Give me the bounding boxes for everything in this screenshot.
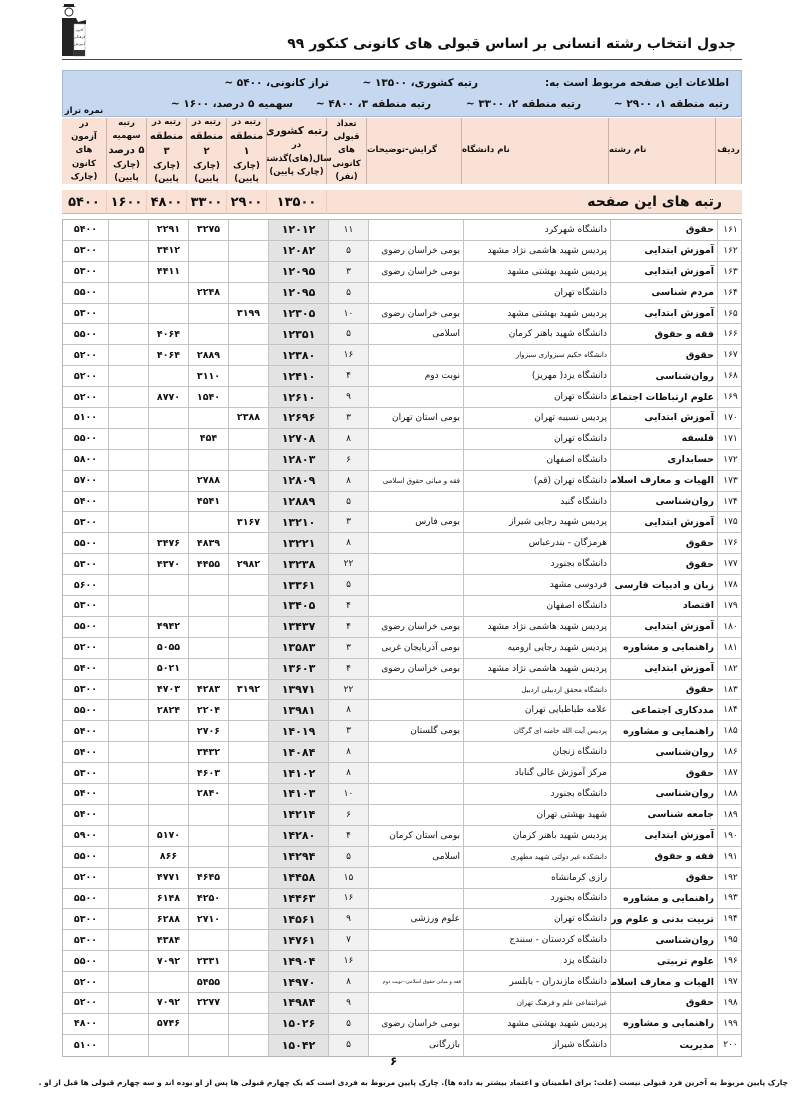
cell-region3-rank: ۶۲۸۸ <box>148 909 188 929</box>
cell-national-rank: ۱۲۳۸۰ <box>268 345 328 365</box>
cell-row-no: ۱۹۸ <box>717 993 743 1013</box>
cell-count: ۴ <box>328 366 368 386</box>
cell-taraz: ۵۵۰۰ <box>63 324 108 344</box>
cell-taraz: ۵۲۰۰ <box>63 638 108 658</box>
cell-quota5-rank <box>108 554 148 574</box>
cell-region3-rank: ۵۷۴۶ <box>148 1014 188 1034</box>
cell-taraz: ۵۳۰۰ <box>63 909 108 929</box>
cell-region1-rank <box>228 742 268 762</box>
cell-row-no: ۱۸۳ <box>717 680 743 700</box>
cell-row-no: ۱۸۴ <box>717 700 743 720</box>
cell-branch <box>368 930 463 950</box>
info-quota5: سهمیه ۵ درصد، ۱۶۰۰ ~ <box>171 98 293 110</box>
table-row: ۱۸۴مددکاری اجتماعیعلامه طباطبایی تهران۸۱… <box>63 700 741 721</box>
cell-branch <box>368 492 463 512</box>
cell-region1-rank <box>228 972 268 992</box>
cell-region2-rank: ۴۲۵۰ <box>188 889 228 909</box>
cell-region1-rank <box>228 533 268 553</box>
cell-row-no: ۱۷۷ <box>717 554 743 574</box>
cell-count: ۸ <box>328 742 368 762</box>
cell-national-rank: ۱۴۲۹۴ <box>268 847 328 867</box>
cell-quota5-rank <box>108 324 148 344</box>
cell-university: دانشگاه بجنورد <box>463 554 610 574</box>
cell-field: آموزش ابتدایی <box>610 262 717 282</box>
cell-count: ۷ <box>328 930 368 950</box>
cell-taraz: ۵۴۰۰ <box>63 721 108 741</box>
results-table: ۱۶۱حقوقدانشگاه شهرکرد۱۱۱۲۰۱۲۳۲۷۵۲۲۹۱۵۴۰۰… <box>62 219 742 1057</box>
cell-region2-rank <box>188 596 228 616</box>
cell-region2-rank <box>188 512 228 532</box>
cell-row-no: ۱۷۲ <box>717 450 743 470</box>
cell-national-rank: ۱۳۹۸۱ <box>268 700 328 720</box>
cell-field: اقتصاد <box>610 596 717 616</box>
cell-count: ۲۲ <box>328 680 368 700</box>
cell-taraz: ۵۳۰۰ <box>63 930 108 950</box>
cell-region1-rank <box>228 617 268 637</box>
col-header-row-no: ردیف <box>716 118 742 184</box>
page-ranks-label: رتبه های این صفحه <box>587 190 722 214</box>
cell-taraz: ۵۵۰۰ <box>63 889 108 909</box>
title-bar: جدول انتخاب رشته انسانی بر اساس قبولی ها… <box>62 30 742 60</box>
table-row: ۱۶۲آموزش ابتداییپردیس شهید هاشمی نژاد مش… <box>63 241 741 262</box>
table-row: ۱۷۲حسابداریدانشگاه اصفهان۶۱۲۸۰۳۵۸۰۰ <box>63 450 741 471</box>
cell-quota5-rank <box>108 617 148 637</box>
cell-branch: بومی آذربایجان غربی <box>368 638 463 658</box>
cell-field: آموزش ابتدایی <box>610 241 717 261</box>
cell-region2-rank: ۳۱۱۰ <box>188 366 228 386</box>
cell-count: ۵ <box>328 283 368 303</box>
cell-branch <box>368 429 463 449</box>
table-row: ۱۹۷الهیات و معارف اسلامیدانشگاه مازندران… <box>63 972 741 993</box>
col-header-count: تعداد قبولیهای کانونی(نفر) <box>327 118 367 184</box>
cell-branch <box>368 533 463 553</box>
cell-taraz: ۵۴۰۰ <box>63 805 108 825</box>
page-rank-r3: ۴۸۰۰ <box>147 190 187 214</box>
cell-region1-rank <box>228 659 268 679</box>
cell-university: شهید بهشتی تهران <box>463 805 610 825</box>
cell-row-no: ۱۷۵ <box>717 512 743 532</box>
cell-quota5-rank <box>108 972 148 992</box>
cell-region2-rank: ۲۲۷۷ <box>188 993 228 1013</box>
cell-count: ۳ <box>328 638 368 658</box>
col-header-field: نام رشته <box>609 118 716 184</box>
cell-count: ۱۶ <box>328 345 368 365</box>
cell-row-no: ۱۸۵ <box>717 721 743 741</box>
cell-branch: بومی خراسان رضوی <box>368 617 463 637</box>
page-title: جدول انتخاب رشته انسانی بر اساس قبولی ها… <box>287 36 736 52</box>
cell-row-no: ۱۶۲ <box>717 241 743 261</box>
cell-region2-rank <box>188 1014 228 1034</box>
cell-count: ۴ <box>328 596 368 616</box>
table-row: ۱۹۳راهنمایی و مشاورهدانشگاه بجنورد۱۶۱۴۴۶… <box>63 889 741 910</box>
col-header-branch: گرایش-توضیحات <box>367 118 462 184</box>
cell-branch <box>368 596 463 616</box>
cell-field: الهیات و معارف اسلامی <box>610 471 717 491</box>
cell-region2-rank <box>188 241 228 261</box>
cell-field: آموزش ابتدایی <box>610 659 717 679</box>
cell-branch <box>368 283 463 303</box>
table-row: ۱۸۰آموزش ابتداییپردیس شهید هاشمی نژاد مش… <box>63 617 741 638</box>
cell-quota5-rank <box>108 721 148 741</box>
table-row: ۱۷۶حقوقهرمزگان - بندرعباس۸۱۳۲۲۱۴۸۳۹۳۴۷۶۵… <box>63 533 741 554</box>
cell-national-rank: ۱۲۰۹۵ <box>268 283 328 303</box>
cell-region1-rank <box>228 429 268 449</box>
table-row: ۱۶۹علوم ارتباطات اجتماعیدانشگاه تهران۹۱۲… <box>63 387 741 408</box>
cell-region1-rank <box>228 241 268 261</box>
cell-row-no: ۱۹۲ <box>717 868 743 888</box>
cell-university: پردیس شهید هاشمی نژاد مشهد <box>463 617 610 637</box>
cell-region1-rank <box>228 847 268 867</box>
cell-region3-rank <box>148 408 188 428</box>
cell-field: راهنمایی و مشاوره <box>610 638 717 658</box>
cell-region2-rank: ۴۶۰۳ <box>188 763 228 783</box>
cell-count: ۵ <box>328 241 368 261</box>
cell-national-rank: ۱۲۳۰۵ <box>268 304 328 324</box>
cell-row-no: ۱۸۸ <box>717 784 743 804</box>
cell-branch: بومی خراسان رضوی <box>368 262 463 282</box>
cell-field: روان‌شناسی <box>610 784 717 804</box>
table-row: ۱۶۳آموزش ابتداییپردیس شهید بهشتی مشهدبوم… <box>63 262 741 283</box>
cell-taraz: ۵۲۰۰ <box>63 993 108 1013</box>
cell-row-no: ۱۷۰ <box>717 408 743 428</box>
cell-region3-rank <box>148 721 188 741</box>
cell-university: فردوسی مشهد <box>463 575 610 595</box>
cell-quota5-rank <box>108 700 148 720</box>
cell-count: ۲۲ <box>328 554 368 574</box>
cell-count: ۵ <box>328 1035 368 1056</box>
cell-taraz: ۵۲۰۰ <box>63 868 108 888</box>
cell-branch <box>368 805 463 825</box>
cell-region1-rank <box>228 220 268 240</box>
cell-region1-rank <box>228 366 268 386</box>
cell-branch: بومی استان کرمان <box>368 826 463 846</box>
cell-university: دانشگاه تهران <box>463 429 610 449</box>
cell-field: راهنمایی و مشاوره <box>610 889 717 909</box>
col-header-r1: رتبه درمنطقه ۱(چارک پایین) <box>227 118 267 184</box>
cell-region2-rank <box>188 262 228 282</box>
cell-region2-rank: ۲۸۸۹ <box>188 345 228 365</box>
cell-national-rank: ۱۴۵۶۱ <box>268 909 328 929</box>
cell-university: غیرانتفاعی علم و فرهنگ تهران <box>463 993 610 1013</box>
cell-taraz: ۵۴۰۰ <box>63 220 108 240</box>
cell-region2-rank <box>188 638 228 658</box>
cell-national-rank: ۱۴۹۰۴ <box>268 951 328 971</box>
cell-row-no: ۱۸۶ <box>717 742 743 762</box>
table-row: ۱۸۵راهنمایی و مشاورهپردیس آیت الله خامنه… <box>63 721 741 742</box>
cell-university: دانشگاه حکیم سبزواری سبزوار <box>463 345 610 365</box>
table-row: ۱۸۹جامعه شناسیشهید بهشتی تهران۶۱۴۲۱۴۵۴۰۰ <box>63 805 741 826</box>
col-header-q5: رتبه سهمیه۵ درصد(چارک پایین) <box>107 118 147 184</box>
cell-row-no: ۱۶۱ <box>717 220 743 240</box>
cell-national-rank: ۱۲۶۱۰ <box>268 387 328 407</box>
cell-taraz: ۵۵۰۰ <box>63 951 108 971</box>
cell-quota5-rank <box>108 847 148 867</box>
cell-region2-rank <box>188 575 228 595</box>
cell-national-rank: ۱۲۰۸۲ <box>268 241 328 261</box>
table-row: ۱۹۱فقه و حقوقدانشکده غیر دولتی شهید مطهر… <box>63 847 741 868</box>
cell-taraz: ۵۳۰۰ <box>63 596 108 616</box>
cell-count: ۱۶ <box>328 889 368 909</box>
cell-count: ۱۵ <box>328 868 368 888</box>
cell-region3-rank: ۲۲۹۱ <box>148 220 188 240</box>
page-rank-r1: ۲۹۰۰ <box>227 190 267 214</box>
cell-taraz: ۵۸۰۰ <box>63 450 108 470</box>
info-region3: رتبه منطقه ۳، ۴۸۰۰ ~ <box>316 98 431 110</box>
cell-branch: بومی فارس <box>368 512 463 532</box>
col-header-r2: رتبه درمنطقه ۲(چارک پایین) <box>187 118 227 184</box>
cell-field: آموزش ابتدایی <box>610 512 717 532</box>
cell-region2-rank <box>188 930 228 950</box>
cell-region3-rank <box>148 784 188 804</box>
cell-region2-rank: ۲۷۸۸ <box>188 471 228 491</box>
cell-national-rank: ۱۲۴۱۰ <box>268 366 328 386</box>
cell-field: حقوق <box>610 345 717 365</box>
cell-region2-rank: ۴۶۴۵ <box>188 868 228 888</box>
cell-university: دانشگاه کردستان - سنندج <box>463 930 610 950</box>
cell-row-no: ۱۶۵ <box>717 304 743 324</box>
cell-region3-rank: ۴۷۷۱ <box>148 868 188 888</box>
cell-row-no: ۱۹۰ <box>717 826 743 846</box>
page-rank-q5: ۱۶۰۰ <box>107 190 147 214</box>
cell-branch: بومی خراسان رضوی <box>368 304 463 324</box>
cell-count: ۵ <box>328 847 368 867</box>
cell-row-no: ۱۸۰ <box>717 617 743 637</box>
cell-region2-rank: ۲۷۰۶ <box>188 721 228 741</box>
cell-row-no: ۱۶۸ <box>717 366 743 386</box>
cell-row-no: ۱۹۷ <box>717 972 743 992</box>
cell-field: فلسفه <box>610 429 717 449</box>
table-row: ۱۸۷حقوقمرکز آموزش عالی گناباد۸۱۴۱۰۲۴۶۰۳۵… <box>63 763 741 784</box>
cell-count: ۸ <box>328 471 368 491</box>
cell-region2-rank: ۲۲۰۴ <box>188 700 228 720</box>
cell-branch: بومی گلستان <box>368 721 463 741</box>
cell-university: رازی کرمانشاه <box>463 868 610 888</box>
cell-field: حقوق <box>610 993 717 1013</box>
cell-row-no: ۱۷۳ <box>717 471 743 491</box>
cell-row-no: ۱۷۸ <box>717 575 743 595</box>
page-ranks-row: رتبه های این صفحه ۱۳۵۰۰ ۲۹۰۰ ۳۳۰۰ ۴۸۰۰ ۱… <box>62 190 742 214</box>
cell-quota5-rank <box>108 512 148 532</box>
col-header-national: رتبه کشوریدر سال(های)گذشته(چارک پایین) <box>267 118 327 184</box>
cell-region3-rank: ۴۹۴۲ <box>148 617 188 637</box>
cell-region1-rank <box>228 387 268 407</box>
cell-branch: بومی خراسان رضوی <box>368 1014 463 1034</box>
cell-region1-rank: ۲۹۸۲ <box>228 554 268 574</box>
cell-region2-rank <box>188 1035 228 1056</box>
cell-university: مرکز آموزش عالی گناباد <box>463 763 610 783</box>
table-row: ۱۹۹راهنمایی و مشاورهپردیس شهید بهشتی مشه… <box>63 1014 741 1035</box>
cell-region1-rank: ۳۱۹۹ <box>228 304 268 324</box>
cell-quota5-rank <box>108 283 148 303</box>
page-rank-national: ۱۳۵۰۰ <box>267 190 327 214</box>
cell-row-no: ۱۹۹ <box>717 1014 743 1034</box>
cell-count: ۵ <box>328 1014 368 1034</box>
cell-university: دانشگاه تهران (قم) <box>463 471 610 491</box>
cell-quota5-rank <box>108 638 148 658</box>
cell-field: آموزش ابتدایی <box>610 826 717 846</box>
cell-quota5-rank <box>108 909 148 929</box>
cell-row-no: ۱۹۳ <box>717 889 743 909</box>
cell-field: تربیت بدنی و علوم ورزشی <box>610 909 717 929</box>
cell-university: دانشگاه شیراز <box>463 1035 610 1056</box>
cell-quota5-rank <box>108 429 148 449</box>
page-number: ۶ <box>390 1054 397 1068</box>
table-row: ۱۹۴تربیت بدنی و علوم ورزشیدانشگاه تهرانع… <box>63 909 741 930</box>
cell-national-rank: ۱۴۷۶۱ <box>268 930 328 950</box>
cell-national-rank: ۱۴۱۰۳ <box>268 784 328 804</box>
cell-branch: نوبت دوم <box>368 366 463 386</box>
cell-region3-rank <box>148 596 188 616</box>
cell-region3-rank: ۴۴۱۱ <box>148 262 188 282</box>
info-taraz: تراز کانونی، ۵۴۰۰ ~ <box>224 77 329 89</box>
cell-branch: اسلامی <box>368 847 463 867</box>
cell-region1-rank <box>228 763 268 783</box>
cell-taraz: ۵۲۰۰ <box>63 387 108 407</box>
cell-field: آموزش ابتدایی <box>610 304 717 324</box>
cell-taraz: ۵۱۰۰ <box>63 1035 108 1056</box>
cell-taraz: ۵۵۰۰ <box>63 700 108 720</box>
cell-quota5-rank <box>108 659 148 679</box>
cell-taraz: ۵۳۰۰ <box>63 262 108 282</box>
cell-university: پردیس نسیبه تهران <box>463 408 610 428</box>
cell-region2-rank: ۲۲۴۸ <box>188 283 228 303</box>
page-rank-r2: ۳۳۰۰ <box>187 190 227 214</box>
cell-region2-rank <box>188 304 228 324</box>
cell-field: علوم ارتباطات اجتماعی <box>610 387 717 407</box>
cell-count: ۸ <box>328 972 368 992</box>
cell-branch <box>368 450 463 470</box>
table-row: ۱۷۰آموزش ابتداییپردیس نسیبه تهرانبومی اس… <box>63 408 741 429</box>
page-rank-taraz: ۵۴۰۰ <box>62 190 107 214</box>
cell-field: حقوق <box>610 868 717 888</box>
cell-count: ۸ <box>328 429 368 449</box>
cell-quota5-rank <box>108 742 148 762</box>
cell-region2-rank: ۴۸۳۹ <box>188 533 228 553</box>
cell-row-no: ۱۸۹ <box>717 805 743 825</box>
cell-region1-rank <box>228 575 268 595</box>
cell-region3-rank: ۴۳۸۴ <box>148 930 188 950</box>
cell-field: راهنمایی و مشاوره <box>610 721 717 741</box>
cell-university: پردیس شهید هاشمی نژاد مشهد <box>463 241 610 261</box>
cell-branch <box>368 993 463 1013</box>
cell-branch <box>368 554 463 574</box>
cell-region1-rank <box>228 283 268 303</box>
cell-region2-rank: ۲۸۴۰ <box>188 784 228 804</box>
cell-region1-rank <box>228 909 268 929</box>
cell-region3-rank <box>148 1035 188 1056</box>
cell-region3-rank: ۳۴۱۲ <box>148 241 188 261</box>
cell-region1-rank <box>228 784 268 804</box>
cell-national-rank: ۱۳۶۰۳ <box>268 659 328 679</box>
cell-region2-rank: ۲۷۱۰ <box>188 909 228 929</box>
cell-field: روان‌شناسی <box>610 366 717 386</box>
cell-field: مدیریت <box>610 1035 717 1056</box>
cell-count: ۶ <box>328 805 368 825</box>
cell-region3-rank <box>148 742 188 762</box>
cell-university: دانشگاه زنجان <box>463 742 610 762</box>
cell-branch: بومی خراسان رضوی <box>368 659 463 679</box>
cell-branch <box>368 951 463 971</box>
cell-field: آموزش ابتدایی <box>610 617 717 637</box>
cell-region3-rank: ۸۶۶ <box>148 847 188 867</box>
cell-national-rank: ۱۲۸۰۹ <box>268 471 328 491</box>
cell-taraz: ۵۴۰۰ <box>63 742 108 762</box>
cell-university: پردیس آیت الله خامنه ای گرگان <box>463 721 610 741</box>
cell-taraz: ۵۳۰۰ <box>63 241 108 261</box>
cell-row-no: ۱۹۱ <box>717 847 743 867</box>
cell-region2-rank: ۳۲۷۵ <box>188 220 228 240</box>
cell-count: ۴ <box>328 659 368 679</box>
info-region2: رتبه منطقه ۲، ۳۳۰۰ ~ <box>466 98 581 110</box>
cell-university: پردیس شهید رجایی ارومیه <box>463 638 610 658</box>
info-intro: اطلاعات این صفحه مربوط است به: <box>545 77 729 89</box>
table-header: ردیف نام رشته نام دانشگاه گرایش-توضیحات … <box>62 118 742 214</box>
cell-region2-rank: ۴۵۴۱ <box>188 492 228 512</box>
cell-row-no: ۱۶۳ <box>717 262 743 282</box>
cell-taraz: ۵۴۰۰ <box>63 659 108 679</box>
info-national-rank: رتبه کشوری، ۱۳۵۰۰ ~ <box>363 77 479 89</box>
cell-quota5-rank <box>108 763 148 783</box>
cell-region3-rank: ۵۰۵۵ <box>148 638 188 658</box>
cell-national-rank: ۱۴۹۸۴ <box>268 993 328 1013</box>
cell-branch <box>368 680 463 700</box>
cell-field: روان‌شناسی <box>610 742 717 762</box>
cell-taraz: ۵۶۰۰ <box>63 575 108 595</box>
cell-field: روان‌شناسی <box>610 492 717 512</box>
cell-national-rank: ۱۳۴۰۵ <box>268 596 328 616</box>
table-row: ۱۷۱فلسفهدانشگاه تهران۸۱۲۷۰۸۴۵۴۵۵۰۰ <box>63 429 741 450</box>
cell-row-no: ۱۶۷ <box>717 345 743 365</box>
cell-university: دانشگاه یزد <box>463 951 610 971</box>
cell-branch <box>368 345 463 365</box>
cell-quota5-rank <box>108 262 148 282</box>
cell-national-rank: ۱۲۶۹۶ <box>268 408 328 428</box>
table-row: ۱۸۳حقوقدانشگاه محقق اردبیلی اردبیل۲۲۱۳۹۷… <box>63 680 741 701</box>
cell-taraz: ۵۳۰۰ <box>63 763 108 783</box>
cell-count: ۵ <box>328 324 368 344</box>
cell-taraz: ۵۳۰۰ <box>63 680 108 700</box>
cell-region1-rank: ۲۳۸۸ <box>228 408 268 428</box>
cell-count: ۹ <box>328 387 368 407</box>
cell-field: الهیات و معارف اسلامی <box>610 972 717 992</box>
cell-row-no: ۱۶۹ <box>717 387 743 407</box>
cell-region3-rank <box>148 492 188 512</box>
table-row: ۱۹۵روان‌شناسیدانشگاه کردستان - سنندج۷۱۴۷… <box>63 930 741 951</box>
cell-quota5-rank <box>108 1014 148 1034</box>
table-row: ۱۸۲آموزش ابتداییپردیس شهید هاشمی نژاد مش… <box>63 659 741 680</box>
cell-branch <box>368 387 463 407</box>
cell-taraz: ۵۲۰۰ <box>63 972 108 992</box>
cell-row-no: ۱۸۷ <box>717 763 743 783</box>
cell-row-no: ۱۶۶ <box>717 324 743 344</box>
cell-region3-rank <box>148 763 188 783</box>
cell-region2-rank: ۱۵۴۰ <box>188 387 228 407</box>
cell-quota5-rank <box>108 889 148 909</box>
table-row: ۱۷۸زبان و ادبیات فارسیفردوسی مشهد۵۱۳۳۶۱۵… <box>63 575 741 596</box>
cell-branch: بازرگانی <box>368 1035 463 1056</box>
info-region1: رتبه منطقه ۱، ۲۹۰۰ ~ <box>614 98 729 110</box>
cell-university: دانشگاه اصفهان <box>463 596 610 616</box>
cell-quota5-rank <box>108 993 148 1013</box>
cell-university: دانشگاه مازندران - بابلسر <box>463 972 610 992</box>
table-row: ۱۷۷حقوقدانشگاه بجنورد۲۲۱۳۲۳۸۲۹۸۲۴۴۵۵۴۳۷۰… <box>63 554 741 575</box>
cell-quota5-rank <box>108 366 148 386</box>
cell-region3-rank: ۵۱۷۰ <box>148 826 188 846</box>
cell-count: ۹ <box>328 909 368 929</box>
cell-region2-rank <box>188 805 228 825</box>
cell-field: جامعه شناسی <box>610 805 717 825</box>
cell-quota5-rank <box>108 304 148 324</box>
